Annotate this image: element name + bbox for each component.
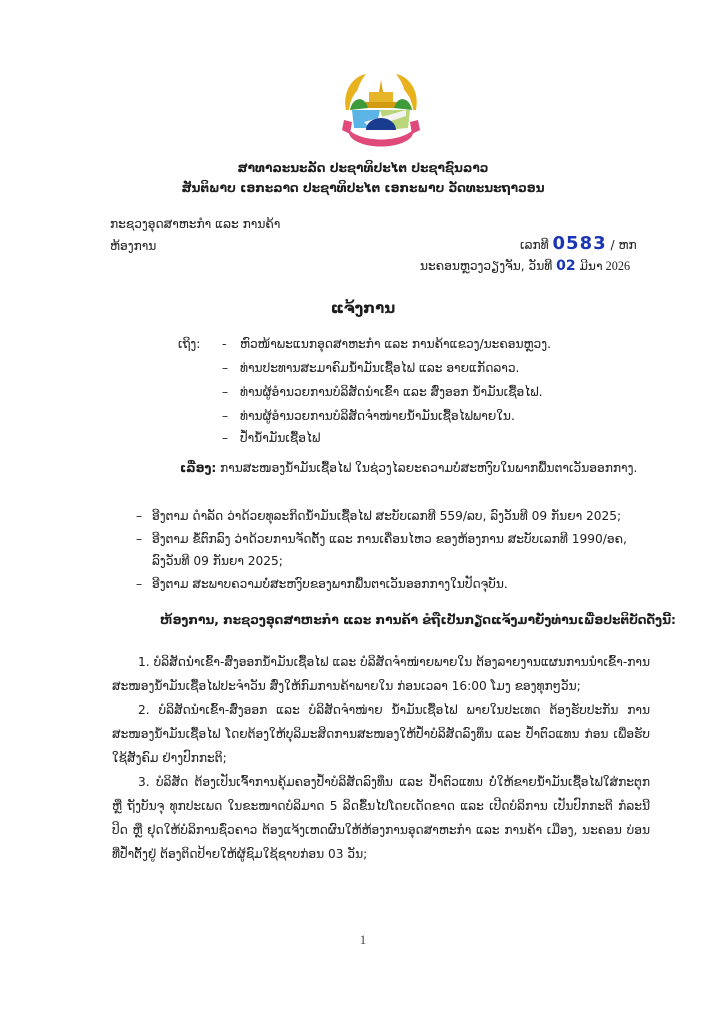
reference-number-label: ເລກທີ xyxy=(520,238,549,252)
country-name-line: ສາທາລະນະລັດ ປະຊາທິປະໄຕ ປະຊາຊົນລາວ xyxy=(0,160,726,176)
recipient-item: ທ່ານຜູ້ອຳນວຍການບໍລິສັດຈຳໜ່າຍນ້ຳມັນເຊື້ອໄ… xyxy=(240,408,515,424)
clause-text: 2. ບໍລິສັດນຳເຂົ້າ-ສົ່ງອອກ ແລະ ບໍລິສັດຈຳໜ… xyxy=(112,703,650,765)
recipient-dash: – xyxy=(222,430,228,446)
notice-intro: ຫ້ອງການ, ກະຊວງອຸດສາຫະກຳ ແລະ ການຄ້າ ຂໍຖືເ… xyxy=(160,612,676,628)
reference-dash: – xyxy=(136,576,142,592)
recipient-dash: – xyxy=(222,408,228,424)
place-date-prefix: ນະຄອນຫຼວງວຽງຈັນ, ວັນທີ xyxy=(420,259,552,273)
recipient-dash: – xyxy=(222,360,228,376)
clause-3: 3. ບໍລິສັດ ຕ້ອງເປັນເຈົ້າການຄຸ້ມຄອງປ້ຳບໍລ… xyxy=(112,770,650,866)
document-page: ສາທາລະນະລັດ ປະຊາທິປະໄຕ ປະຊາຊົນລາວ ສັນຕິພ… xyxy=(0,0,726,1024)
subject-text: ການສະໜອງນ້ຳມັນເຊື້ອໄຟ ໃນຊ່ວງໄລຍະຄວາມບໍ່ສ… xyxy=(220,460,637,476)
place-and-date: ນະຄອນຫຼວງວຽງຈັນ, ວັນທີ 02 ມີນາ 2026 xyxy=(420,258,630,274)
document-title: ແຈ້ງການ xyxy=(0,300,726,316)
recipient-item: ຫົວໜ້າພະແນກອຸດສາຫະກຳ ແລະ ການຄ້າແຂວງ/ນະຄອ… xyxy=(240,336,551,352)
recipient-item: ທ່ານຜູ້ອຳນວຍການບໍລິສັດນຳເຂົ້າ ແລະ ສົ່ງອອ… xyxy=(240,384,542,400)
reference-number: ເລກທີ 0583 / ຫກ xyxy=(520,236,637,253)
legal-reference: ອີງຕາມ ສະພາບຄວາມບໍ່ສະຫງົບຂອງພາກພື້ນຕາເວັ… xyxy=(152,576,508,592)
legal-reference: ອີງຕາມ ດຳລັດ ວ່າດ້ວຍທຸລະກິດນ້ຳມັນເຊື້ອໄຟ… xyxy=(152,508,621,524)
month-year: ມີນາ 2026 xyxy=(579,259,630,273)
national-motto-line: ສັນຕິພາບ ເອກະລາດ ປະຊາທິປະໄຕ ເອກະພາບ ວັດທ… xyxy=(0,180,726,196)
recipient-item: ທ່ານປະທານສະມາຄົມນ້ຳມັນເຊື້ອໄຟ ແລະ ອາຍແກັ… xyxy=(240,360,519,376)
lao-national-emblem-icon xyxy=(336,70,426,154)
recipient-item: ປ້ຳນ້ຳມັນເຊື້ອໄຟ xyxy=(240,430,320,446)
recipients-label: ເຖິງ: xyxy=(178,336,200,352)
clause-1: 1. ບໍລິສັດນຳເຂົ້າ-ສົ່ງອອກນ້ຳມັນເຊື້ອໄຟ ແ… xyxy=(112,650,650,698)
subject-label: ເລື່ອງ: xyxy=(180,460,216,476)
legal-reference: ອີງຕາມ ຂໍ້ຕົກລົງ ວ່າດ້ວຍການຈັດຕັ້ງ ແລະ ກ… xyxy=(152,531,627,547)
page-number: 1 xyxy=(0,932,726,948)
clause-2: 2. ບໍລິສັດນຳເຂົ້າ-ສົ່ງອອກ ແລະ ບໍລິສັດຈຳໜ… xyxy=(112,698,650,770)
issuing-ministry: ກະຊວງອຸດສາຫະກຳ ແລະ ການຄ້າ xyxy=(110,216,280,232)
recipient-dash: – xyxy=(222,384,228,400)
clause-text: 3. ບໍລິສັດ ຕ້ອງເປັນເຈົ້າການຄຸ້ມຄອງປ້ຳບໍລ… xyxy=(112,775,650,861)
clause-text: 1. ບໍລິສັດນຳເຂົ້າ-ສົ່ງອອກນ້ຳມັນເຊື້ອໄຟ ແ… xyxy=(112,655,650,693)
handwritten-reference-number: 0583 xyxy=(553,233,607,254)
legal-reference-continuation: ລົງວັນທີ 09 ກັນຍາ 2025; xyxy=(152,553,283,569)
reference-dash: – xyxy=(136,531,142,547)
issuing-office: ຫ້ອງການ xyxy=(110,238,156,254)
recipient-dash: - xyxy=(222,336,226,352)
handwritten-day: 02 xyxy=(556,258,575,274)
reference-dash: – xyxy=(136,508,142,524)
reference-number-suffix: / ຫກ xyxy=(611,238,637,252)
